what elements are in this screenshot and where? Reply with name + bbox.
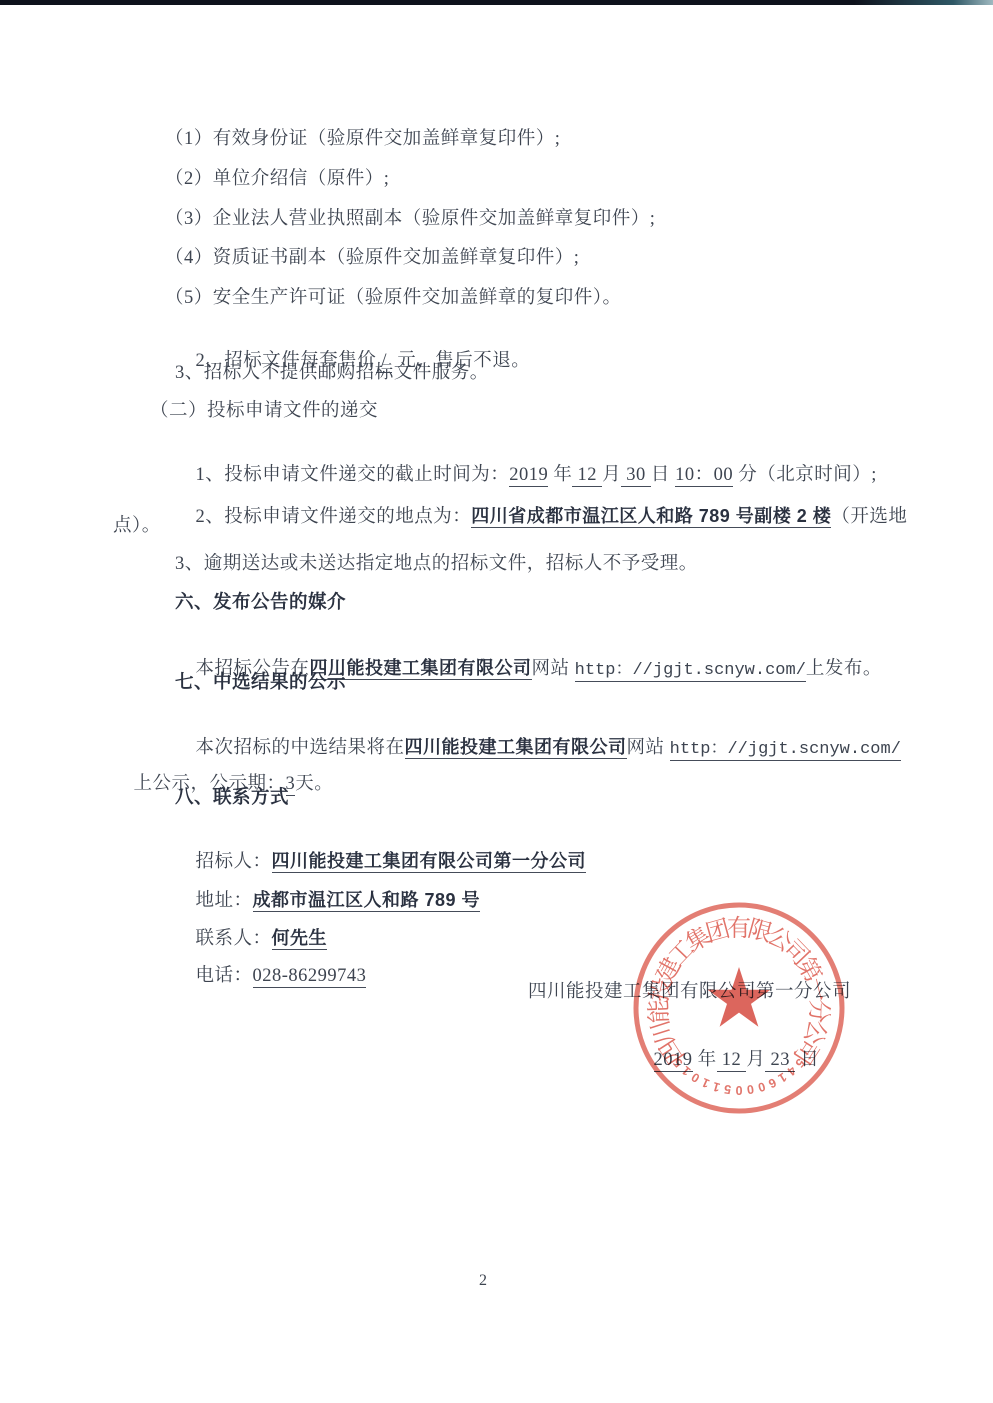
- list-item-4: （4）资质证书副本（验原件交加盖鲜章复印件）;: [165, 245, 579, 271]
- place-pre: 2、投标申请文件递交的地点为：: [196, 507, 472, 527]
- section-2-heading: （二）投标申请文件的递交: [150, 398, 378, 424]
- document-page: （1）有效身份证（验原件交加盖鲜章复印件）; （2）单位介绍信（原件）; （3）…: [0, 0, 993, 1403]
- list-item-3: （3）企业法人营业执照副本（验原件交加盖鲜章复印件）;: [165, 206, 655, 232]
- list-item-5-text: （5）安全生产许可证（验原件交加盖鲜章的复印件）。: [165, 288, 622, 308]
- signature-company-text: 四川能投建工集团有限公司第一分公司: [528, 982, 851, 1002]
- result-mid: 网站: [627, 738, 670, 758]
- section-8-heading-text: 八、联系方式: [175, 786, 289, 807]
- svg-text:公: 公: [762, 923, 796, 958]
- place-line: 2、投标申请文件递交的地点为：四川省成都市温江区人和路 789 号副楼 2 楼（…: [175, 477, 907, 556]
- list-item-5: （5）安全生产许可证（验原件交加盖鲜章的复印件）。: [165, 285, 622, 311]
- late-rule-text: 3、逾期送达或未送达指定地点的招标文件，招标人不予受理。: [175, 554, 698, 574]
- signature-date-day-unit: 日: [795, 1050, 819, 1070]
- signature-date: 2019 年 12 月 23 日: [633, 1021, 819, 1099]
- list-item-3-text: （3）企业法人营业执照副本（验原件交加盖鲜章复印件）;: [165, 209, 655, 229]
- result-cont-suffix: 天。: [295, 774, 333, 794]
- list-item-1-text: （1）有效身份证（验原件交加盖鲜章复印件）;: [165, 129, 560, 149]
- section-2-heading-text: （二）投标申请文件的递交: [150, 401, 378, 421]
- svg-text:限: 限: [745, 916, 775, 947]
- media-url: http：//jgjt.scnyw.com/: [575, 661, 806, 682]
- signature-date-year: 2019: [654, 1050, 693, 1072]
- scan-edge-bar: [0, 0, 993, 5]
- signature-date-month: 12: [717, 1050, 747, 1072]
- svg-text:工: 工: [664, 936, 699, 971]
- media-mid: 网站: [532, 659, 575, 679]
- list-item-2-text: （2）单位介绍信（原件）;: [165, 169, 389, 189]
- page-number: 2: [423, 1268, 543, 1294]
- section-7-heading-text: 七、中选结果的公示: [175, 671, 346, 692]
- phone-label: 电话：: [196, 966, 253, 986]
- result-url: http：//jgjt.scnyw.com/: [670, 740, 901, 761]
- signature-date-day: 23: [765, 1050, 795, 1072]
- signature-date-year-unit: 年: [693, 1050, 717, 1070]
- page-number-text: 2: [479, 1272, 487, 1289]
- svg-text:团: 团: [703, 915, 733, 947]
- result-company: 四川能投建工集团有限公司: [405, 737, 627, 759]
- section-6-heading-text: 六、发布公告的媒介: [175, 591, 346, 612]
- svg-text:集: 集: [681, 922, 715, 957]
- list-item-2: （2）单位介绍信（原件）;: [165, 166, 389, 192]
- signature-company: 四川能投建工集团有限公司第一分公司: [528, 979, 851, 1005]
- svg-text:有: 有: [727, 915, 751, 942]
- late-rule-line: 3、逾期送达或未送达指定地点的招标文件，招标人不予受理。: [175, 551, 698, 577]
- place-line-cont: 点）。: [113, 513, 161, 539]
- signature-date-month-unit: 月: [746, 1050, 765, 1070]
- media-suffix: 上发布。: [806, 659, 882, 679]
- svg-text:司: 司: [778, 935, 814, 971]
- phone-line: 电话：028-86299743: [175, 937, 366, 1015]
- list-item-4-text: （4）资质证书副本（验原件交加盖鲜章复印件）;: [165, 248, 579, 268]
- phone-value: 028-86299743: [253, 966, 367, 988]
- place-suffix: （开选地: [831, 507, 907, 527]
- section-8-heading: 八、联系方式: [175, 784, 289, 810]
- section-7-heading: 七、中选结果的公示: [175, 669, 346, 695]
- list-item-1: （1）有效身份证（验原件交加盖鲜章复印件）;: [165, 126, 560, 152]
- no-mail-line: 3、招标人不提供邮购招标文件服务。: [175, 360, 489, 386]
- place-value: 四川省成都市温江区人和路 789 号副楼 2 楼: [471, 506, 831, 528]
- no-mail-text: 3、招标人不提供邮购招标文件服务。: [175, 363, 489, 383]
- place-cont-text: 点）。: [113, 516, 161, 536]
- section-6-heading: 六、发布公告的媒介: [175, 589, 346, 615]
